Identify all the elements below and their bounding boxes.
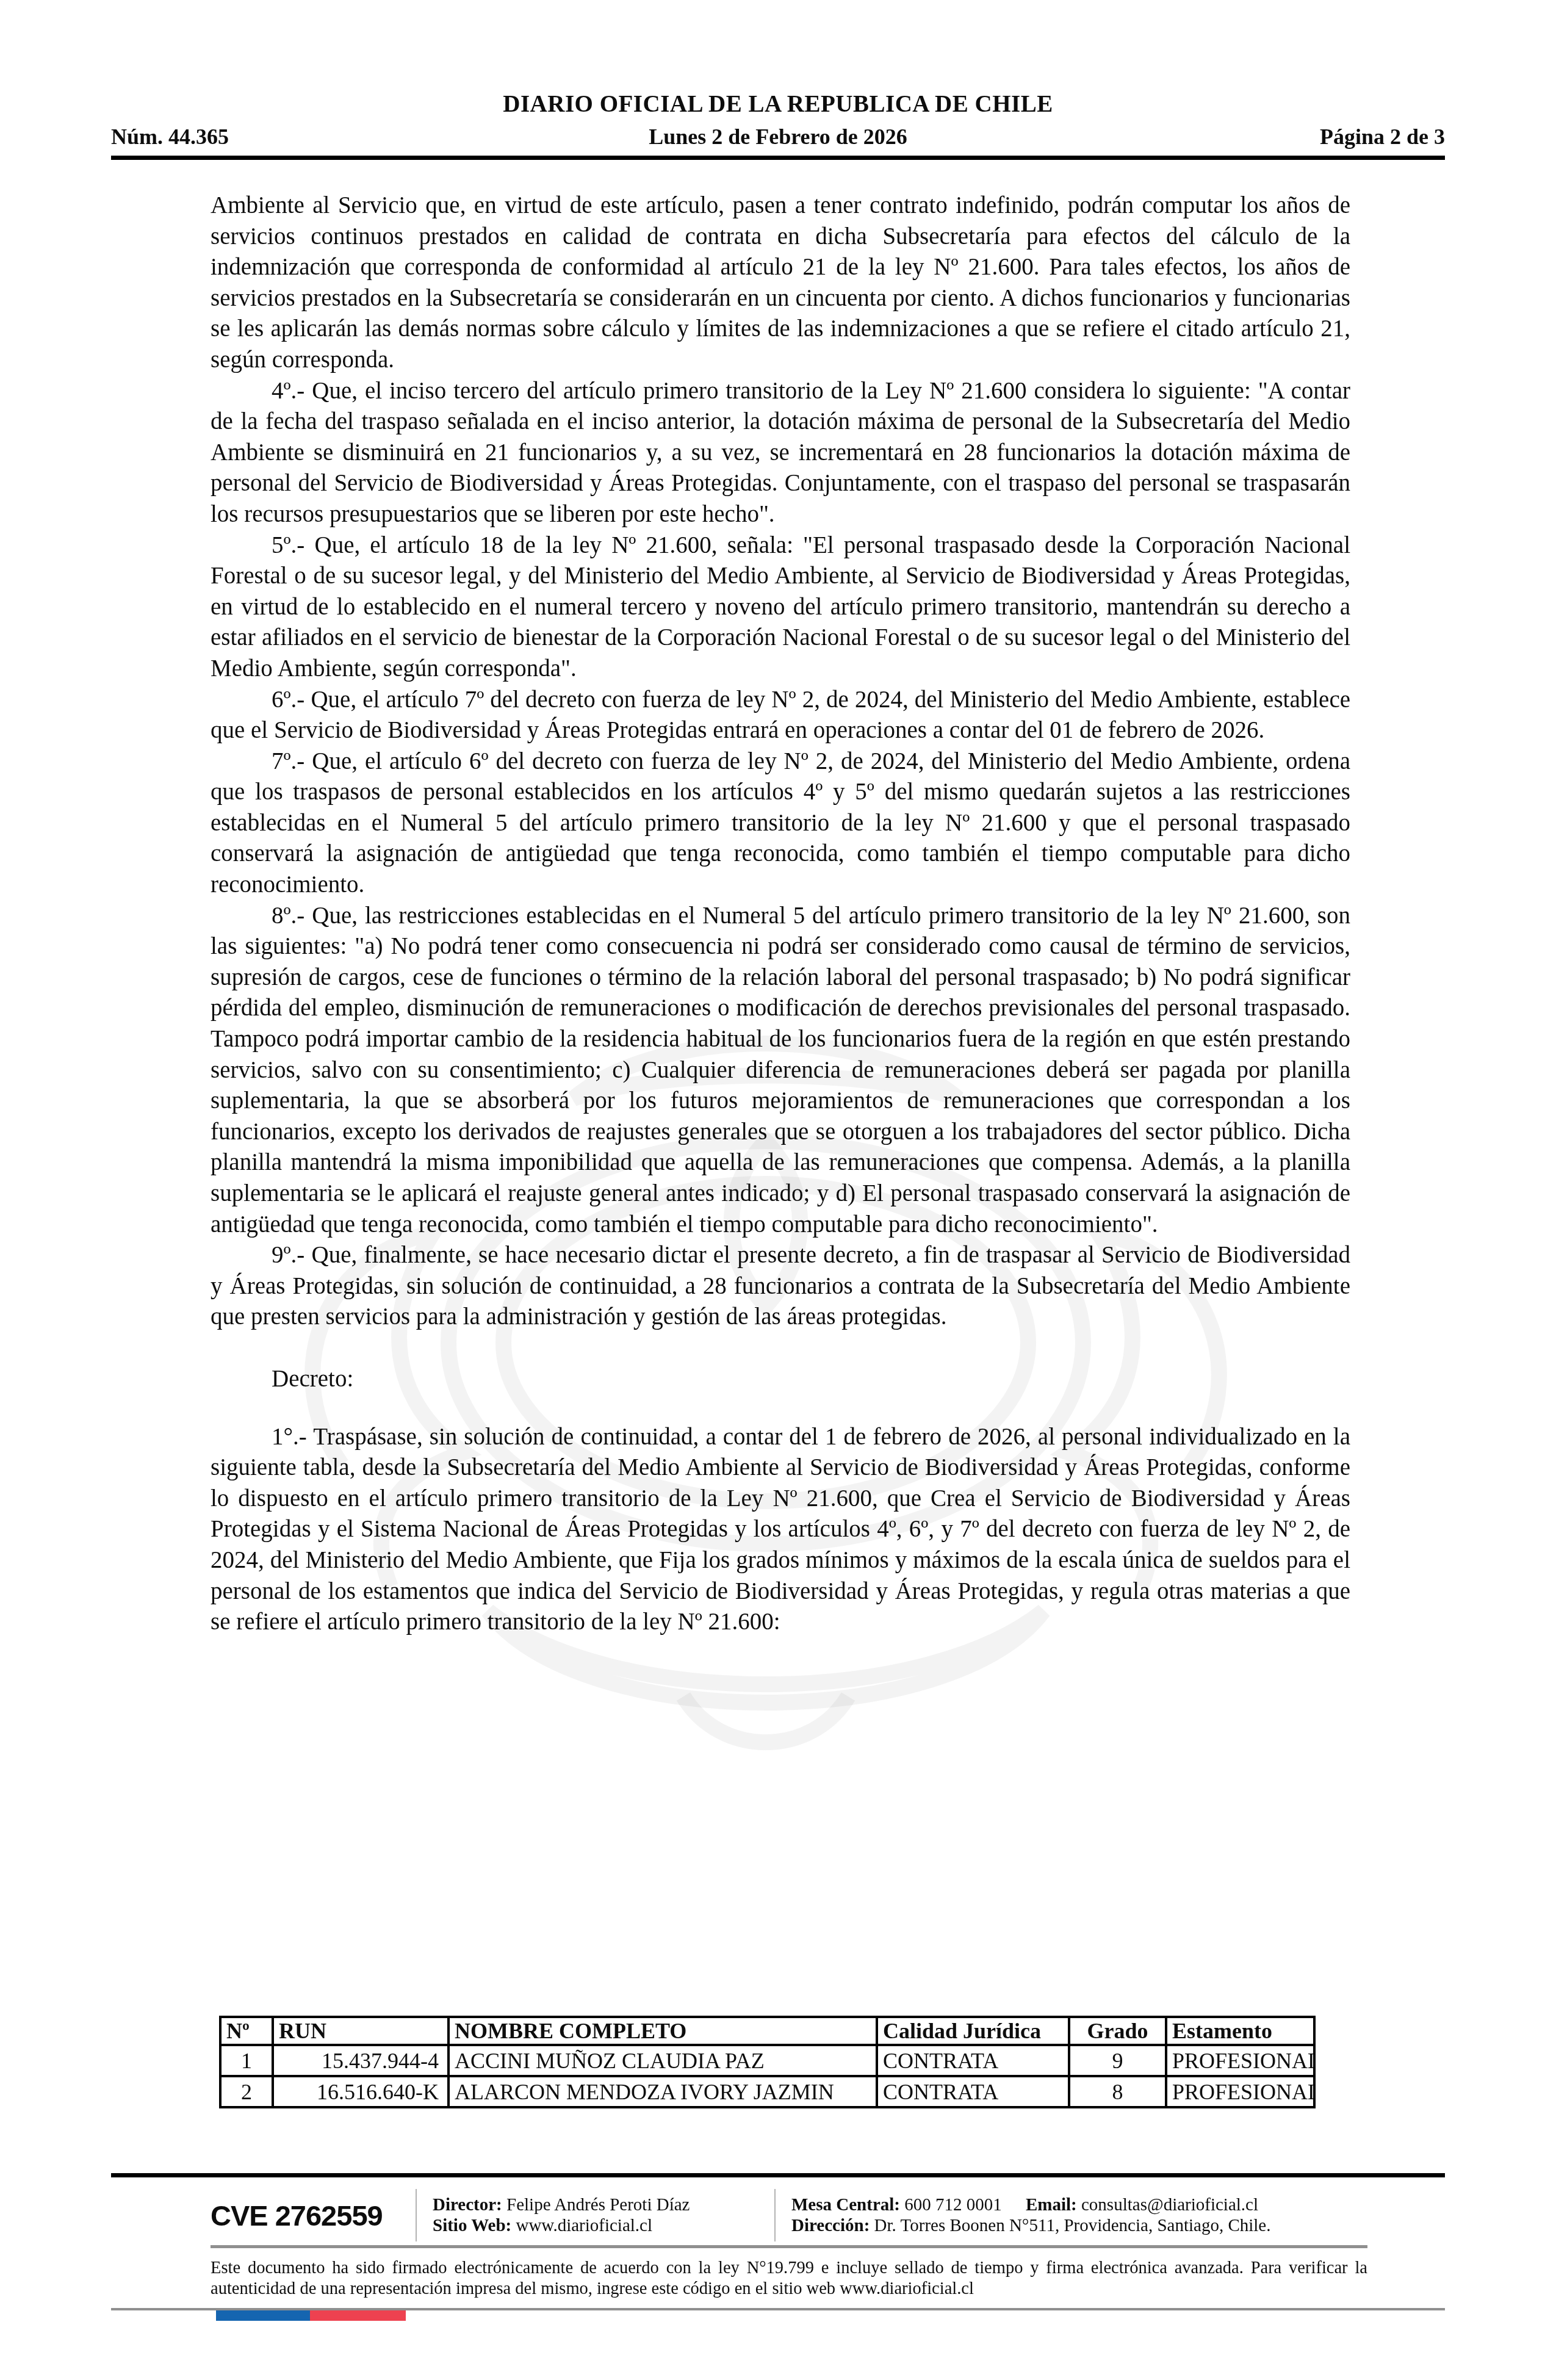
- footer-gray-rule: [211, 2245, 1367, 2248]
- col-header-calidad: Calidad Jurídica: [877, 2017, 1069, 2045]
- phone-email-line: Mesa Central: 600 712 0001 Email: consul…: [791, 2194, 1367, 2215]
- contact-block: Mesa Central: 600 712 0001 Email: consul…: [776, 2194, 1367, 2236]
- paragraph-continuation: Ambiente al Servicio que, en virtud de e…: [211, 190, 1350, 376]
- col-header-numero: Nº: [220, 2017, 273, 2045]
- decreto-label: Decreto:: [211, 1364, 1350, 1395]
- cell-calidad: CONTRATA: [877, 2045, 1069, 2076]
- paragraph-considerando-9: 9º.- Que, finalmente, se hace necesario …: [211, 1240, 1350, 1333]
- paragraph-resolution-1: 1°.- Traspásase, sin solución de continu…: [211, 1422, 1350, 1638]
- address-value: Dr. Torres Boonen N°511, Providencia, Sa…: [874, 2216, 1271, 2235]
- paragraph-considerando-4: 4º.- Que, el inciso tercero del artículo…: [211, 376, 1350, 530]
- cell-estamento: PROFESIONAL: [1166, 2045, 1314, 2076]
- col-header-estamento: Estamento: [1166, 2017, 1314, 2045]
- col-header-run: RUN: [273, 2017, 448, 2045]
- paragraph-considerando-8: 8º.- Que, las restricciones establecidas…: [211, 901, 1350, 1241]
- chile-flag: [216, 2310, 406, 2321]
- masthead-title: DIARIO OFICIAL DE LA REPUBLICA DE CHILE: [0, 92, 1556, 117]
- table-header-row: Nº RUN NOMBRE COMPLETO Calidad Jurídica …: [220, 2017, 1314, 2045]
- cell-grado: 9: [1069, 2045, 1166, 2076]
- legal-notice: Este documento ha sido firmado electróni…: [211, 2258, 1367, 2299]
- edition-date: Lunes 2 de Febrero de 2026: [111, 124, 1445, 149]
- header-meta-row: Núm. 44.365 Lunes 2 de Febrero de 2026 P…: [111, 124, 1445, 149]
- table-row: 1 15.437.944-4 ACCINI MUÑOZ CLAUDIA PAZ …: [220, 2045, 1314, 2076]
- director-block: Director: Felipe Andrés Peroti Díaz Siti…: [417, 2194, 774, 2236]
- cell-nombre: ACCINI MUÑOZ CLAUDIA PAZ: [448, 2045, 877, 2076]
- flag-blue-block: [216, 2310, 310, 2321]
- website-url: www.diarioficial.cl: [516, 2216, 652, 2235]
- cell-grado: 8: [1069, 2076, 1166, 2107]
- decree-body: Ambiente al Servicio que, en virtud de e…: [211, 190, 1350, 1638]
- cell-numero: 2: [220, 2076, 273, 2107]
- diario-oficial-page: DIARIO OFICIAL DE LA REPUBLICA DE CHILE …: [0, 0, 1556, 2380]
- footer-info-bar: CVE 2762559 Director: Felipe Andrés Pero…: [211, 2188, 1367, 2243]
- director-line: Director: Felipe Andrés Peroti Díaz: [433, 2194, 774, 2215]
- email-address: consultas@diarioficial.cl: [1081, 2195, 1258, 2215]
- director-label: Director:: [433, 2195, 502, 2215]
- paragraph-considerando-6: 6º.- Que, el artículo 7º del decreto con…: [211, 685, 1350, 746]
- col-header-grado: Grado: [1069, 2017, 1166, 2045]
- col-header-nombre: NOMBRE COMPLETO: [448, 2017, 877, 2045]
- header-rule: [111, 156, 1445, 160]
- table-row: 2 16.516.640-K ALARCON MENDOZA IVORY JAZ…: [220, 2076, 1314, 2107]
- email-label: Email:: [1026, 2195, 1077, 2215]
- paragraph-considerando-5: 5º.- Que, el artículo 18 de la ley Nº 21…: [211, 530, 1350, 685]
- cell-nombre: ALARCON MENDOZA IVORY JAZMIN: [448, 2076, 877, 2107]
- address-line: Dirección: Dr. Torres Boonen N°511, Prov…: [791, 2215, 1367, 2236]
- address-label: Dirección:: [791, 2216, 870, 2235]
- phone-label: Mesa Central:: [791, 2195, 900, 2215]
- paragraph-considerando-7: 7º.- Que, el artículo 6º del decreto con…: [211, 746, 1350, 901]
- cve-code: CVE 2762559: [211, 2199, 416, 2232]
- flag-red-block: [310, 2310, 406, 2321]
- cell-calidad: CONTRATA: [877, 2076, 1069, 2107]
- cell-estamento: PROFESIONAL: [1166, 2076, 1314, 2107]
- cell-run: 16.516.640-K: [273, 2076, 448, 2107]
- website-line: Sitio Web: www.diarioficial.cl: [433, 2215, 774, 2236]
- footer-top-rule: [111, 2173, 1445, 2177]
- director-name: Felipe Andrés Peroti Díaz: [506, 2195, 690, 2215]
- personnel-table: Nº RUN NOMBRE COMPLETO Calidad Jurídica …: [219, 2016, 1316, 2108]
- website-label: Sitio Web:: [433, 2216, 511, 2235]
- cell-numero: 1: [220, 2045, 273, 2076]
- cell-run: 15.437.944-4: [273, 2045, 448, 2076]
- phone-number: 600 712 0001: [904, 2195, 1002, 2215]
